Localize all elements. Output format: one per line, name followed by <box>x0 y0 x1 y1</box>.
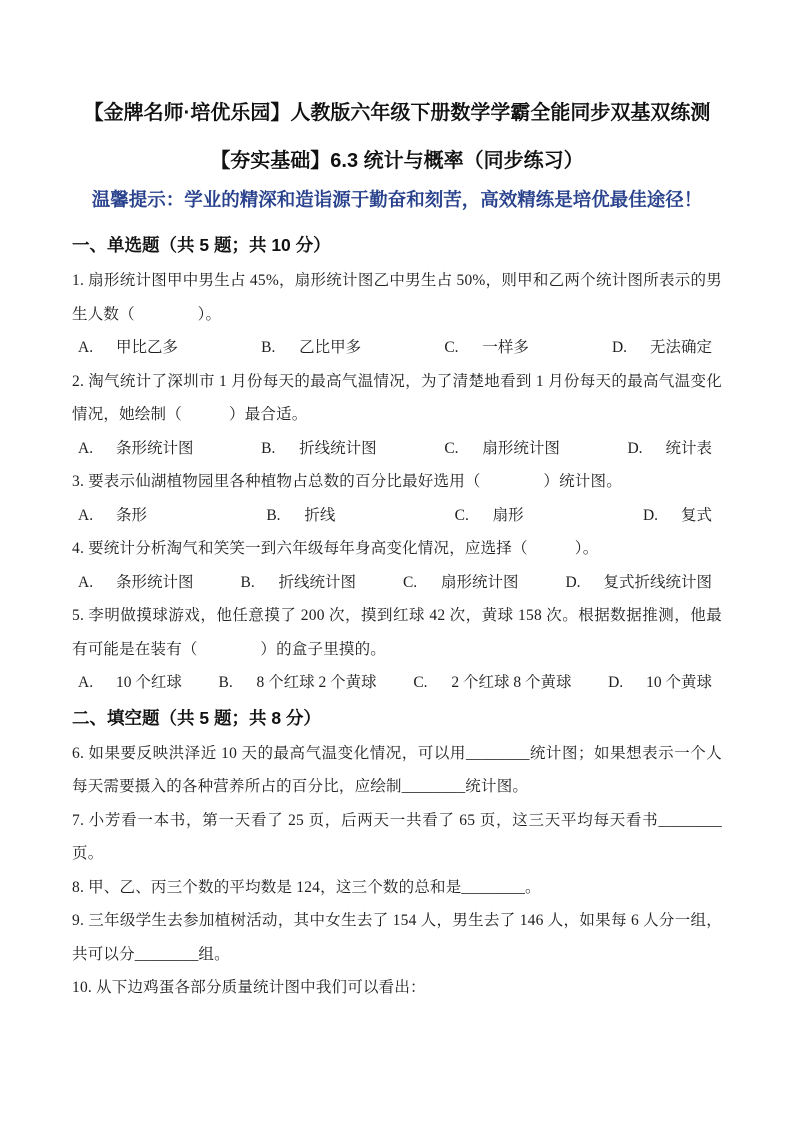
option-letter: A. <box>78 331 116 365</box>
section-heading: 一、单选题（共 5 题；共 10 分） <box>72 230 722 260</box>
option-b: B.8 个红球 2 个黄球 <box>219 666 377 700</box>
option-d: D.无法确定 <box>612 331 712 365</box>
option-text: 甲比乙多 <box>116 339 178 356</box>
option-letter: D. <box>627 432 665 466</box>
question-block: 8. 甲、乙、丙三个数的平均数是 124，这三个数的总和是________。 <box>72 871 722 905</box>
option-letter: B. <box>261 331 299 365</box>
option-d: D.复式折线统计图 <box>565 566 712 600</box>
question-block: 6. 如果要反映洪泽近 10 天的最高气温变化情况，可以用________统计图… <box>72 737 722 804</box>
option-text: 条形 <box>116 507 147 524</box>
option-letter: C. <box>403 566 441 600</box>
question-block: 7. 小芳看一本书，第一天看了 25 页，后两天一共看了 65 页，这三天平均每… <box>72 804 722 871</box>
option-c: C.扇形统计图 <box>403 566 519 600</box>
question-text-line: 10. 从下边鸡蛋各部分质量统计图中我们可以看出： <box>72 971 722 1005</box>
question-text-line: 3. 要表示仙湖植物园里各种植物占总数的百分比最好选用（ ）统计图。 <box>72 465 722 499</box>
option-text: 复式 <box>681 507 712 524</box>
option-b: B.折线 <box>266 499 335 533</box>
question-text-line: 每天需要摄入的各种营养所占的百分比，应绘制________统计图。 <box>72 770 722 804</box>
option-a: A.10 个红球 <box>78 666 182 700</box>
option-letter: B. <box>261 432 299 466</box>
option-text: 扇形 <box>493 507 524 524</box>
option-text: 无法确定 <box>650 339 712 356</box>
questions-area: 一、单选题（共 5 题；共 10 分）1. 扇形统计图甲中男生占 45%，扇形统… <box>72 230 722 1005</box>
question-text-line: 6. 如果要反映洪泽近 10 天的最高气温变化情况，可以用________统计图… <box>72 737 722 771</box>
option-letter: D. <box>612 331 650 365</box>
option-letter: D. <box>565 566 603 600</box>
options-row: A.条形统计图B.折线统计图C.扇形统计图D.复式折线统计图 <box>72 566 722 600</box>
option-text: 统计表 <box>665 440 712 457</box>
question-text-line: 有可能是在装有（ ）的盒子里摸的。 <box>72 633 722 667</box>
option-letter: A. <box>78 499 116 533</box>
document-title-line2: 【夯实基础】6.3 统计与概率（同步练习） <box>72 148 722 174</box>
option-text: 复式折线统计图 <box>603 574 712 591</box>
option-d: D.复式 <box>643 499 712 533</box>
option-letter: B. <box>219 666 257 700</box>
question-block: 5. 李明做摸球游戏，他任意摸了 200 次，摸到红球 42 次，黄球 158 … <box>72 599 722 700</box>
worksheet-content: 【金牌名师·培优乐园】人教版六年级下册数学学霸全能同步双基双练测 【夯实基础】6… <box>0 0 793 1005</box>
option-a: A.甲比乙多 <box>78 331 178 365</box>
question-block: 1. 扇形统计图甲中男生占 45%，扇形统计图乙中男生占 50%，则甲和乙两个统… <box>72 264 722 365</box>
option-text: 折线 <box>304 507 335 524</box>
option-letter: D. <box>608 666 646 700</box>
option-letter: B. <box>266 499 304 533</box>
options-row: A.条形B.折线C.扇形D.复式 <box>72 499 722 533</box>
question-text-line: 情况，她绘制（ ）最合适。 <box>72 398 722 432</box>
option-c: C.2 个红球 8 个黄球 <box>413 666 571 700</box>
question-block: 3. 要表示仙湖植物园里各种植物占总数的百分比最好选用（ ）统计图。A.条形B.… <box>72 465 722 532</box>
option-letter: A. <box>78 566 116 600</box>
question-block: 9. 三年级学生去参加植树活动，其中女生去了 154 人，男生去了 146 人，… <box>72 904 722 971</box>
question-block: 10. 从下边鸡蛋各部分质量统计图中我们可以看出： <box>72 971 722 1005</box>
option-text: 条形统计图 <box>116 440 194 457</box>
option-c: C.扇形统计图 <box>444 432 560 466</box>
option-a: A.条形统计图 <box>78 566 194 600</box>
options-row: A.10 个红球B.8 个红球 2 个黄球C.2 个红球 8 个黄球D.10 个… <box>72 666 722 700</box>
option-letter: C. <box>444 432 482 466</box>
question-text-line: 7. 小芳看一本书，第一天看了 25 页，后两天一共看了 65 页，这三天平均每… <box>72 804 722 838</box>
question-text-line: 共可以分________组。 <box>72 938 722 972</box>
option-letter: A. <box>78 432 116 466</box>
question-text-line: 8. 甲、乙、丙三个数的平均数是 124，这三个数的总和是________。 <box>72 871 722 905</box>
question-text-line: 2. 淘气统计了深圳市 1 月份每天的最高气温情况，为了清楚地看到 1 月份每天… <box>72 365 722 399</box>
option-text: 10 个黄球 <box>646 674 712 691</box>
option-text: 条形统计图 <box>116 574 194 591</box>
question-text-line: 5. 李明做摸球游戏，他任意摸了 200 次，摸到红球 42 次，黄球 158 … <box>72 599 722 633</box>
question-text-line: 页。 <box>72 837 722 871</box>
option-text: 乙比甲多 <box>299 339 361 356</box>
question-text-line: 9. 三年级学生去参加植树活动，其中女生去了 154 人，男生去了 146 人，… <box>72 904 722 938</box>
option-a: A.条形统计图 <box>78 432 194 466</box>
question-text-line: 1. 扇形统计图甲中男生占 45%，扇形统计图乙中男生占 50%，则甲和乙两个统… <box>72 264 722 298</box>
question-text-line: 生人数（ ）。 <box>72 298 722 332</box>
option-letter: C. <box>455 499 493 533</box>
option-text: 一样多 <box>482 339 529 356</box>
worksheet-page: 【金牌名师·培优乐园】人教版六年级下册数学学霸全能同步双基双练测 【夯实基础】6… <box>0 0 793 1122</box>
option-letter: B. <box>240 566 278 600</box>
option-d: D.统计表 <box>627 432 712 466</box>
option-text: 8 个红球 2 个黄球 <box>257 674 377 691</box>
option-b: B.折线统计图 <box>240 566 356 600</box>
options-row: A.甲比乙多B.乙比甲多C.一样多D.无法确定 <box>72 331 722 365</box>
option-d: D.10 个黄球 <box>608 666 712 700</box>
option-letter: C. <box>413 666 451 700</box>
tip-banner: 温馨提示：学业的精深和造诣源于勤奋和刻苦，高效精练是培优最佳途径！ <box>72 187 722 213</box>
document-title-line1: 【金牌名师·培优乐园】人教版六年级下册数学学霸全能同步双基双练测 <box>72 100 722 126</box>
option-text: 折线统计图 <box>278 574 356 591</box>
option-letter: A. <box>78 666 116 700</box>
option-text: 2 个红球 8 个黄球 <box>451 674 571 691</box>
option-text: 折线统计图 <box>299 440 377 457</box>
option-c: C.扇形 <box>455 499 524 533</box>
options-row: A.条形统计图B.折线统计图C.扇形统计图D.统计表 <box>72 432 722 466</box>
question-block: 4. 要统计分析淘气和笑笑一到六年级每年身高变化情况，应选择（ ）。A.条形统计… <box>72 532 722 599</box>
section-heading: 二、填空题（共 5 题；共 8 分） <box>72 703 722 733</box>
option-letter: D. <box>643 499 681 533</box>
question-block: 2. 淘气统计了深圳市 1 月份每天的最高气温情况，为了清楚地看到 1 月份每天… <box>72 365 722 466</box>
option-b: B.折线统计图 <box>261 432 377 466</box>
option-text: 扇形统计图 <box>441 574 519 591</box>
option-c: C.一样多 <box>444 331 529 365</box>
option-b: B.乙比甲多 <box>261 331 361 365</box>
option-a: A.条形 <box>78 499 147 533</box>
option-text: 10 个红球 <box>116 674 182 691</box>
option-text: 扇形统计图 <box>482 440 560 457</box>
question-text-line: 4. 要统计分析淘气和笑笑一到六年级每年身高变化情况，应选择（ ）。 <box>72 532 722 566</box>
option-letter: C. <box>444 331 482 365</box>
